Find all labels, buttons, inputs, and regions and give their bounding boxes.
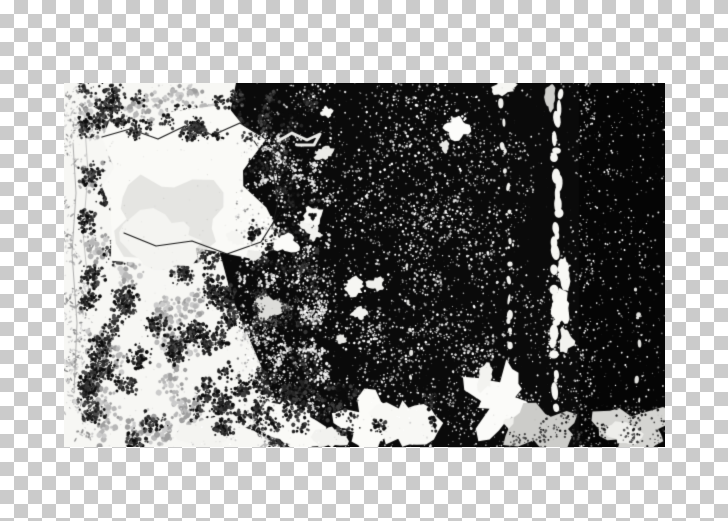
grunge-texture-image	[64, 83, 665, 447]
png-image	[64, 83, 665, 447]
transparency-checkerboard	[0, 0, 728, 521]
